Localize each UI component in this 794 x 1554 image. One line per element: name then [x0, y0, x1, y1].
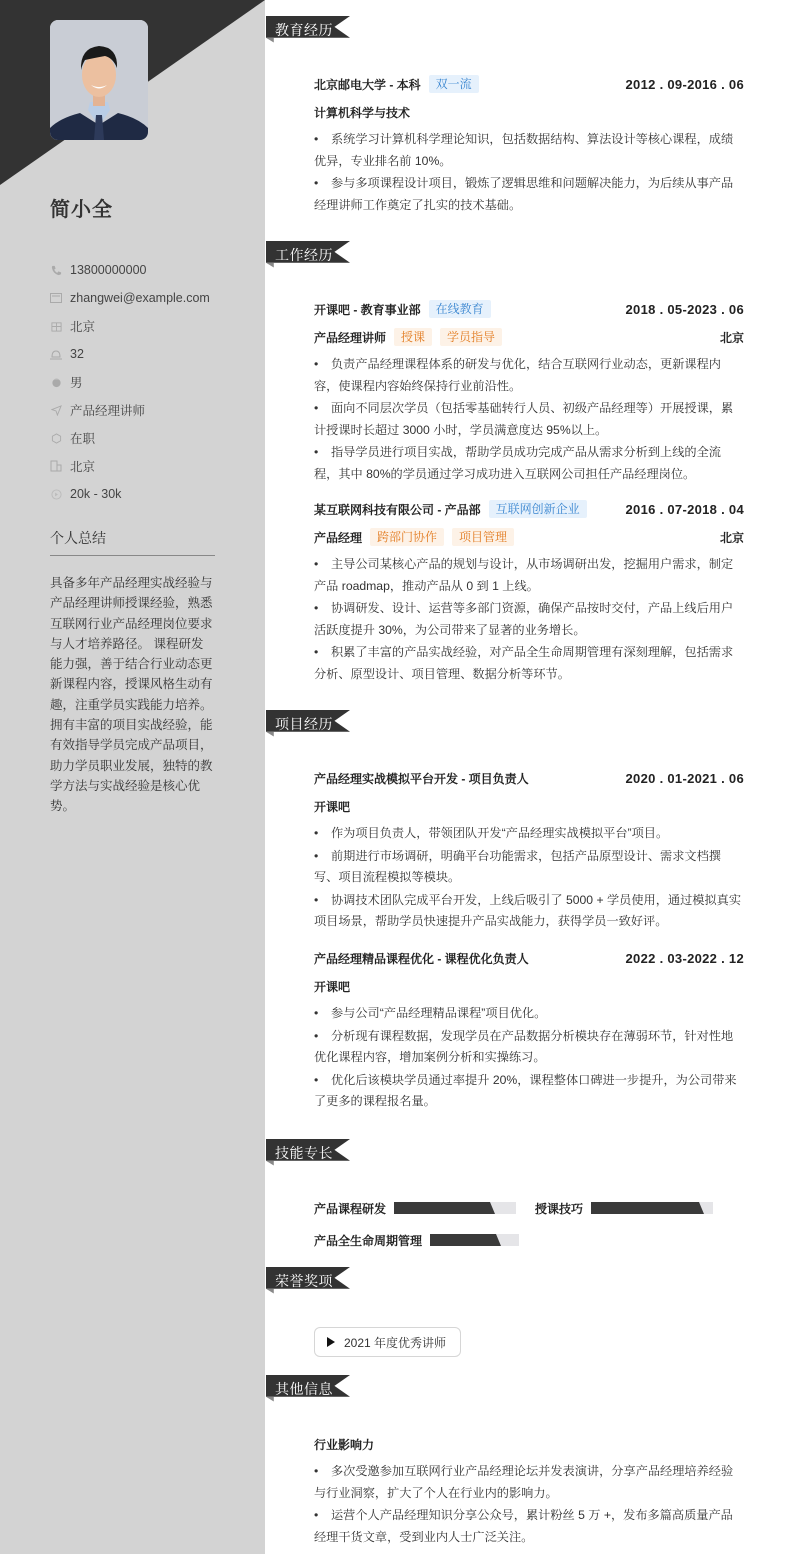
other-entry: 行业影响力 •多次受邀参加互联网行业产品经理论坛并发表演讲，分享产品经理培养经验…: [314, 1430, 744, 1549]
bullet-item: •系统学习计算机科学理论知识，包括数据结构、算法设计等核心课程，成绩优异，专业排…: [314, 129, 744, 172]
info-age: 32: [50, 340, 210, 368]
bullet-item: •参与多项课程设计项目，锻炼了逻辑思维和问题解决能力，为后续从事产品经理讲师工作…: [314, 173, 744, 216]
company-name: 开课吧 - 教育事业部: [314, 301, 421, 318]
project-name: 产品经理精品课程优化 - 课程优化负责人: [314, 950, 529, 967]
skill-name: 产品课程研发: [314, 1200, 386, 1217]
phone-icon: [50, 264, 62, 276]
work-entry: 开课吧 - 教育事业部 在线教育 2018 . 05-2023 . 06 产品经…: [314, 295, 744, 486]
contact-info-list: 13800000000 zhangwei@example.com 北京 32 男…: [50, 256, 210, 508]
info-email: zhangwei@example.com: [50, 284, 210, 312]
skill-level-bar: [591, 1202, 713, 1214]
gender-icon: [50, 376, 62, 388]
skill-level-bar: [430, 1234, 519, 1246]
role-tag: 授课: [394, 328, 432, 346]
project-name: 产品经理实战模拟平台开发 - 项目负责人: [314, 770, 529, 787]
other-subtitle: 行业影响力: [314, 1430, 744, 1458]
city-icon: [50, 460, 62, 472]
salary-icon: [50, 488, 62, 500]
section-title-other: 其他信息: [254, 1375, 362, 1403]
candidate-name: 简小全: [50, 193, 113, 222]
role-tag: 项目管理: [452, 528, 514, 546]
job-target-icon: [50, 404, 62, 416]
project-entry: 产品经理实战模拟平台开发 - 项目负责人 2020 . 01-2021 . 06…: [314, 764, 744, 934]
info-phone: 13800000000: [50, 256, 210, 284]
bullet-item: •积累了丰富的产品实战经验，对产品全生命周期管理有深刻理解，包括需求分析、原型设…: [314, 642, 744, 685]
bullet-item: •运营个人产品经理知识分享公众号，累计粉丝 5 万 +，发布多篇高质量产品经理干…: [314, 1505, 744, 1548]
summary-divider: [50, 555, 215, 556]
skill-name: 授课技巧: [535, 1200, 583, 1217]
skill-level-bar: [394, 1202, 516, 1214]
age-icon: [50, 348, 62, 360]
company-tag: 在线教育: [429, 300, 491, 318]
work-entry: 某互联网科技有限公司 - 产品部 互联网创新企业 2016 . 07-2018 …: [314, 495, 744, 686]
award-item: 2021 年度优秀讲师: [314, 1327, 461, 1357]
info-hometown: 北京: [50, 312, 210, 340]
bullet-item: •前期进行市场调研，明确平台功能需求，包括产品原型设计、需求文档撰写、项目流程模…: [314, 846, 744, 889]
email-icon: [50, 292, 62, 304]
job-role: 产品经理: [314, 529, 362, 546]
bullet-item: •优化后该模块学员通过率提升 20%，课程整体口碑进一步提升，为公司带来了更多的…: [314, 1070, 744, 1113]
job-role: 产品经理讲师: [314, 329, 386, 346]
portrait-photo: [50, 20, 148, 140]
section-title-skills: 技能专长: [254, 1139, 362, 1167]
company-name: 某互联网科技有限公司 - 产品部: [314, 501, 481, 518]
role-tag: 跨部门协作: [370, 528, 444, 546]
education-entry: 北京邮电大学 - 本科 双一流 2012 . 09-2016 . 06 计算机科…: [314, 70, 744, 217]
section-title-education: 教育经历: [254, 16, 362, 44]
skill-item: 授课技巧: [535, 1201, 713, 1215]
bullet-item: •分析现有课程数据，发现学员在产品数据分析模块存在薄弱环节，针对性地优化课程内容…: [314, 1026, 744, 1069]
education-bullets: •系统学习计算机科学理论知识，包括数据结构、算法设计等核心课程，成绩优异，专业排…: [314, 129, 744, 216]
skill-item: 产品全生命周期管理: [314, 1233, 519, 1247]
bullet-item: •主导公司某核心产品的规划与设计，从市场调研出发，挖掘用户需求，制定产品 roa…: [314, 554, 744, 597]
bullet-item: •指导学员进行项目实战，帮助学员成功完成产品从需求分析到上线的全流程，其中 80…: [314, 442, 744, 485]
project-date: 2022 . 03-2022 . 12: [626, 951, 744, 966]
bullet-item: •多次受邀参加互联网行业产品经理论坛并发表演讲，分享产品经理培养经验与行业洞察，…: [314, 1461, 744, 1504]
summary-text: 具备多年产品经理实战经验与产品经理讲师授课经验，熟悉互联网行业产品经理岗位要求与…: [50, 573, 215, 817]
hometown-icon: [50, 320, 62, 332]
status-icon: [50, 432, 62, 444]
info-city: 北京: [50, 452, 210, 480]
info-status: 在职: [50, 424, 210, 452]
avatar: [50, 20, 148, 140]
education-header: 北京邮电大学 - 本科 双一流 2012 . 09-2016 . 06: [314, 70, 744, 98]
section-title-work: 工作经历: [254, 241, 362, 269]
education-major: 计算机科学与技术: [314, 98, 744, 126]
info-job-target: 产品经理讲师: [50, 396, 210, 424]
bullet-item: •协调研发、设计、运营等多部门资源，确保产品按时交付，产品上线后用户活跃度提升 …: [314, 598, 744, 641]
project-date: 2020 . 01-2021 . 06: [626, 771, 744, 786]
company-tag: 互联网创新企业: [489, 500, 587, 518]
summary-title: 个人总结: [50, 528, 106, 548]
info-gender: 男: [50, 368, 210, 396]
bullet-item: •作为项目负责人，带领团队开发“产品经理实战模拟平台”项目。: [314, 823, 744, 845]
sidebar: 简小全 13800000000 zhangwei@example.com 北京 …: [0, 0, 265, 1554]
job-location: 北京: [720, 529, 744, 546]
bullet-item: •参与公司“产品经理精品课程”项目优化。: [314, 1003, 744, 1025]
bullet-item: •协调技术团队完成平台开发，上线后吸引了 5000 + 学员使用，通过模拟真实项…: [314, 890, 744, 933]
role-tag: 学员指导: [440, 328, 502, 346]
info-salary: 20k - 30k: [50, 480, 210, 508]
job-location: 北京: [720, 329, 744, 346]
skill-item: 产品课程研发: [314, 1201, 516, 1215]
bullet-item: •负责产品经理课程体系的研发与优化，结合互联网行业动态，更新课程内容，使课程内容…: [314, 354, 744, 397]
play-triangle-icon: [327, 1337, 335, 1347]
project-org: 开课吧: [314, 972, 744, 1000]
project-entry: 产品经理精品课程优化 - 课程优化负责人 2022 . 03-2022 . 12…: [314, 944, 744, 1114]
school-tag: 双一流: [429, 75, 479, 93]
school-name: 北京邮电大学 - 本科: [314, 76, 421, 93]
section-title-projects: 项目经历: [254, 710, 362, 738]
work-date: 2018 . 05-2023 . 06: [626, 302, 744, 317]
bullet-item: •面向不同层次学员（包括零基础转行人员、初级产品经理等）开展授课，累计授课时长超…: [314, 398, 744, 441]
project-org: 开课吧: [314, 792, 744, 820]
education-date: 2012 . 09-2016 . 06: [626, 77, 744, 92]
main-content: 教育经历 北京邮电大学 - 本科 双一流 2012 . 09-2016 . 06…: [265, 0, 794, 1554]
skill-name: 产品全生命周期管理: [314, 1232, 422, 1249]
section-title-awards: 荣誉奖项: [254, 1267, 362, 1295]
work-date: 2016 . 07-2018 . 04: [626, 502, 744, 517]
